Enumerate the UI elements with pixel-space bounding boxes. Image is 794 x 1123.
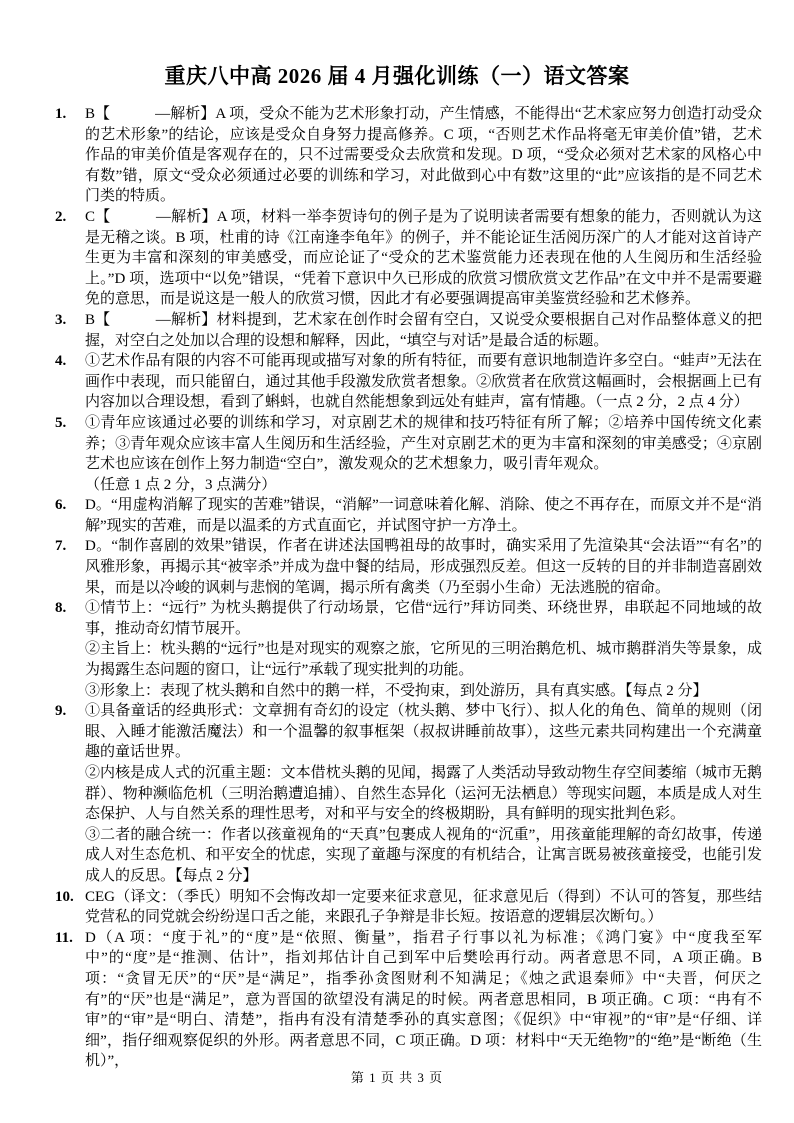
answer-content: B【 —解析】A 项，受众不能为艺术形象打动，产生情感，不能得出“艺术家应努力创…: [85, 104, 762, 207]
answer-item: 1.B【 —解析】A 项，受众不能为艺术形象打动，产生情感，不能得出“艺术家应努…: [55, 104, 762, 207]
answer-number: 7.: [55, 536, 85, 557]
answer-content: B【 —解析】材料提到，艺术家在创作时会留有空白，又说受众要根据自己对作品整体意…: [85, 310, 762, 351]
page-title: 重庆八中高 2026 届 4 月强化训练（一）语文答案: [0, 60, 794, 92]
answer-content: D。“制作喜剧的效果”错误，作者在讲述法国鸭祖母的故事时，确实采用了先渲染其“会…: [85, 536, 762, 598]
answer-paragraph: D。“用虚构消解了现实的苦难”错误，“消解”一词意味着化解、消除、使之不再存在，…: [85, 495, 762, 536]
answer-number: 2.: [55, 207, 85, 228]
answer-number: 11.: [55, 928, 85, 949]
answer-paragraph: C【 —解析】A 项，材料一举李贺诗句的例子是为了说明读者需要有想象的能力，否则…: [85, 207, 762, 310]
answer-paragraph: ③形象上：表现了枕头鹅和自然中的鹅一样，不受拘束，到处游历，具有真实感。【每点 …: [85, 681, 762, 702]
answer-number: 6.: [55, 495, 85, 516]
answer-paragraph: ①情节上：“远行” 为枕头鹅提供了行动场景，它借“远行”拜访同类、环绕世界，串联…: [85, 598, 762, 639]
answer-content: ①青年应该通过必要的训练和学习，对京剧艺术的规律和技巧特征有所了解；②培养中国传…: [85, 413, 762, 495]
answer-item: 4.①艺术作品有限的内容不可能再现或描写对象的所有特征，而要有意识地制造许多空白…: [55, 351, 762, 413]
answer-content: ①具备童话的经典形式：文章拥有奇幻的设定（枕头鹅、梦中飞行）、拟人化的角色、简单…: [85, 701, 762, 886]
document-page: 重庆八中高 2026 届 4 月强化训练（一）语文答案 1.B【 —解析】A 项…: [0, 0, 794, 1123]
answer-paragraph: B【 —解析】材料提到，艺术家在创作时会留有空白，又说受众要根据自己对作品整体意…: [85, 310, 762, 351]
answer-content: D（A 项：“度于礼”的“度”是“依照、衡量”，指君子行事以礼为标准；《鸿门宴》…: [85, 928, 762, 1072]
answer-paragraph: （任意 1 点 2 分，3 点满分）: [85, 475, 762, 496]
answer-paragraph: ②主旨上：枕头鹅的“远行”也是对现实的观察之旅，它所见的三明治鹅危机、城市鹅群消…: [85, 639, 762, 680]
answer-number: 4.: [55, 351, 85, 372]
answer-number: 1.: [55, 104, 85, 125]
answer-content: CEG（译文：（季氏）明知不会悔改却一定要来征求意见，征求意见后（得到）不认可的…: [85, 887, 762, 928]
answer-paragraph: D。“制作喜剧的效果”错误，作者在讲述法国鸭祖母的故事时，确实采用了先渲染其“会…: [85, 536, 762, 598]
answer-paragraph: D（A 项：“度于礼”的“度”是“依照、衡量”，指君子行事以礼为标准；《鸿门宴》…: [85, 928, 762, 1072]
answer-item: 7.D。“制作喜剧的效果”错误，作者在讲述法国鸭祖母的故事时，确实采用了先渲染其…: [55, 536, 762, 598]
answer-item: 2.C【 —解析】A 项，材料一举李贺诗句的例子是为了说明读者需要有想象的能力，…: [55, 207, 762, 310]
answer-number: 3.: [55, 310, 85, 331]
answer-paragraph: ①具备童话的经典形式：文章拥有奇幻的设定（枕头鹅、梦中飞行）、拟人化的角色、简单…: [85, 701, 762, 763]
answer-list: 1.B【 —解析】A 项，受众不能为艺术形象打动，产生情感，不能得出“艺术家应努…: [55, 104, 762, 1072]
answer-item: 10.CEG（译文：（季氏）明知不会悔改却一定要来征求意见，征求意见后（得到）不…: [55, 887, 762, 928]
answer-number: 8.: [55, 598, 85, 619]
answer-paragraph: ③二者的融合统一：作者以孩童视角的“天真”包裹成人视角的“沉重”，用孩童能理解的…: [85, 825, 762, 887]
answer-item: 8.①情节上：“远行” 为枕头鹅提供了行动场景，它借“远行”拜访同类、环绕世界，…: [55, 598, 762, 701]
answer-item: 3.B【 —解析】材料提到，艺术家在创作时会留有空白，又说受众要根据自己对作品整…: [55, 310, 762, 351]
answer-content: C【 —解析】A 项，材料一举李贺诗句的例子是为了说明读者需要有想象的能力，否则…: [85, 207, 762, 310]
answer-item: 6.D。“用虚构消解了现实的苦难”错误，“消解”一词意味着化解、消除、使之不再存…: [55, 495, 762, 536]
answer-number: 9.: [55, 701, 85, 722]
answer-item: 5.①青年应该通过必要的训练和学习，对京剧艺术的规律和技巧特征有所了解；②培养中…: [55, 413, 762, 495]
answer-number: 5.: [55, 413, 85, 434]
answer-paragraph: B【 —解析】A 项，受众不能为艺术形象打动，产生情感，不能得出“艺术家应努力创…: [85, 104, 762, 207]
answer-paragraph: ②内核是成人式的沉重主题：文本借枕头鹅的见闻，揭露了人类活动导致动物生存空间萎缩…: [85, 763, 762, 825]
answer-content: D。“用虚构消解了现实的苦难”错误，“消解”一词意味着化解、消除、使之不再存在，…: [85, 495, 762, 536]
answer-number: 10.: [55, 887, 85, 908]
answer-paragraph: CEG（译文：（季氏）明知不会悔改却一定要来征求意见，征求意见后（得到）不认可的…: [85, 887, 762, 928]
page-footer: 第 1 页 共 3 页: [0, 1070, 794, 1086]
answer-item: 9.①具备童话的经典形式：文章拥有奇幻的设定（枕头鹅、梦中飞行）、拟人化的角色、…: [55, 701, 762, 886]
answer-paragraph: ①艺术作品有限的内容不可能再现或描写对象的所有特征，而要有意识地制造许多空白。“…: [85, 351, 762, 413]
answer-content: ①艺术作品有限的内容不可能再现或描写对象的所有特征，而要有意识地制造许多空白。“…: [85, 351, 762, 413]
answer-item: 11.D（A 项：“度于礼”的“度”是“依照、衡量”，指君子行事以礼为标准；《鸿…: [55, 928, 762, 1072]
answer-paragraph: ①青年应该通过必要的训练和学习，对京剧艺术的规律和技巧特征有所了解；②培养中国传…: [85, 413, 762, 475]
answer-content: ①情节上：“远行” 为枕头鹅提供了行动场景，它借“远行”拜访同类、环绕世界，串联…: [85, 598, 762, 701]
